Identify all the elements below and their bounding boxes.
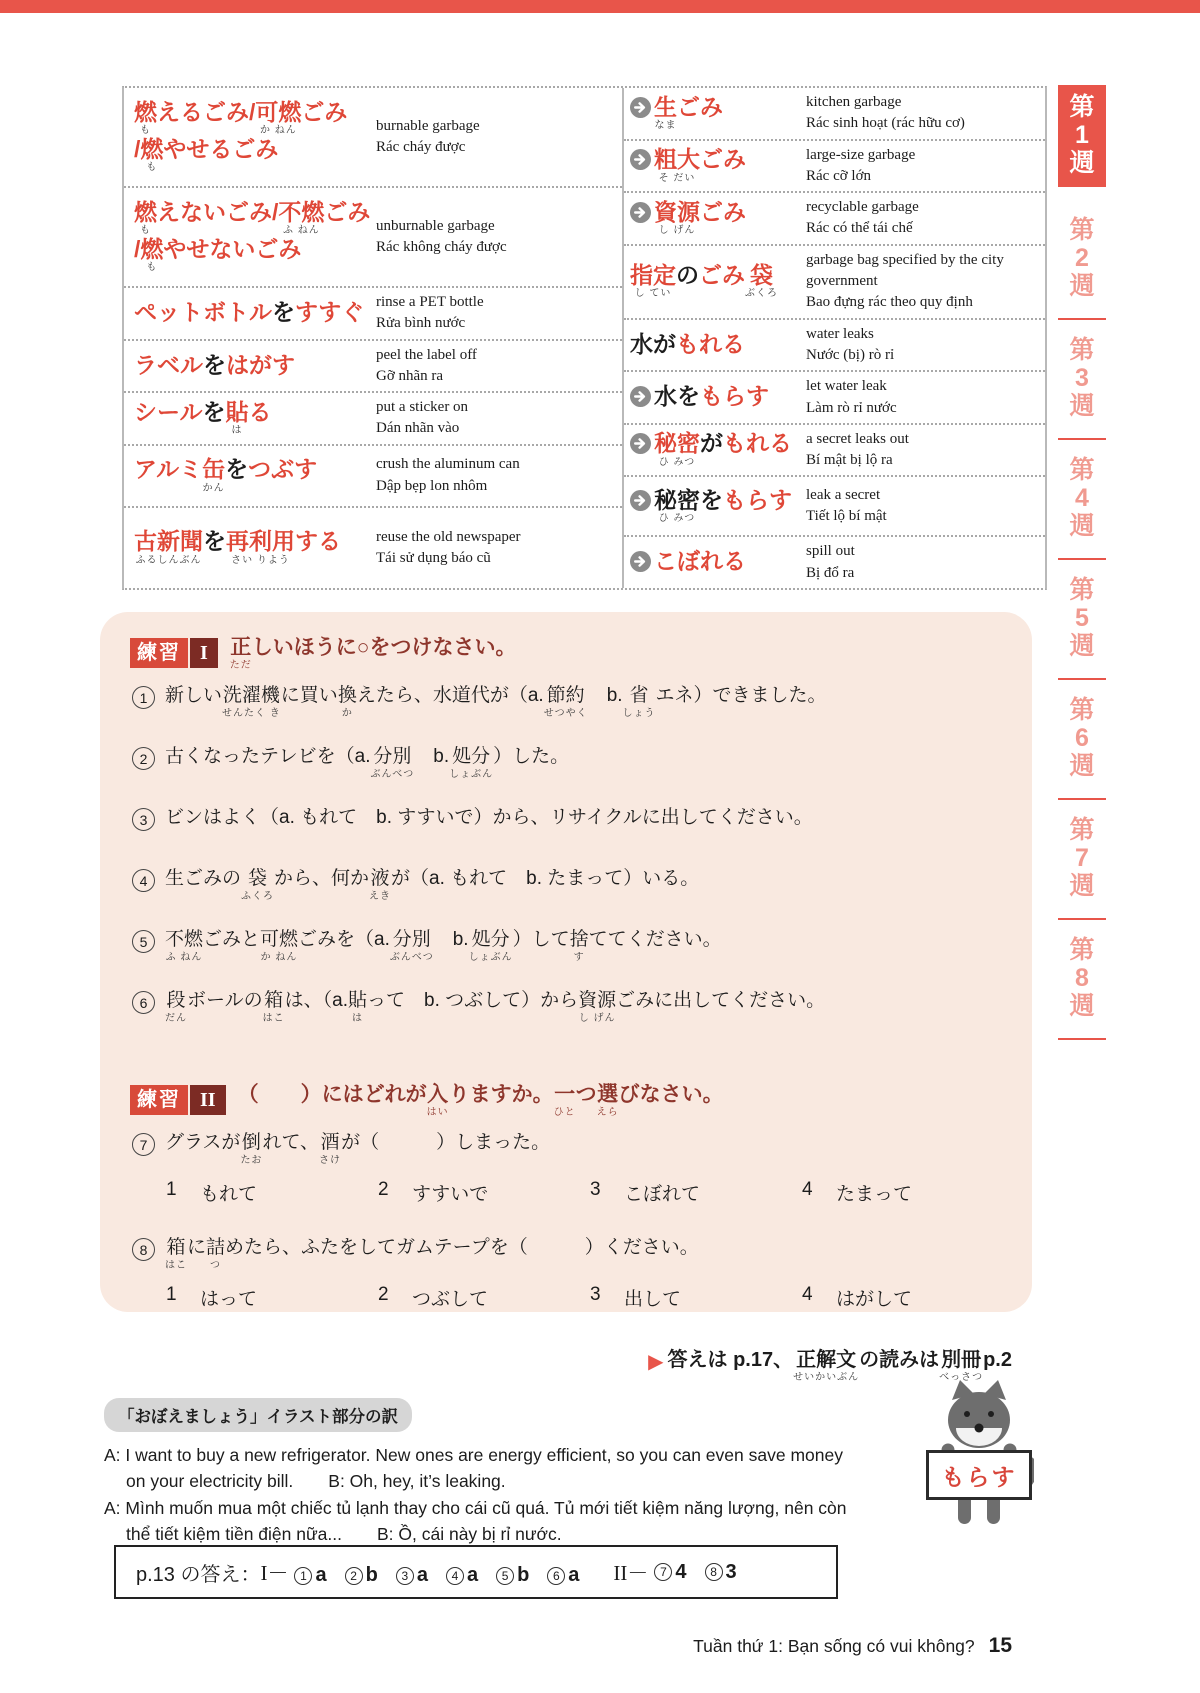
sidebar-tab-week-4[interactable]: 第4週	[1058, 457, 1106, 541]
vocab-term-cell: 秘密ひ みつをもらす	[624, 477, 806, 535]
furigana: せいかいぶん	[793, 1373, 859, 1383]
item-number: 7	[132, 1133, 155, 1156]
furigana: ひ みつ	[654, 458, 700, 468]
translation-line: A: I want to buy a new refrigerator. New…	[104, 1442, 894, 1468]
vocab-term-cell: 生なまごみ	[624, 88, 806, 139]
answer-pair: 4a	[446, 1564, 478, 1587]
furigana: か ねん	[260, 953, 298, 963]
text-segment: （ ）にはどれが	[238, 1083, 427, 1107]
vocab-term-text: もれる	[723, 430, 792, 456]
vocab-term-text: を	[225, 456, 248, 482]
vocab-term-cell: 水をもらす	[624, 372, 806, 423]
furigana: し げん	[578, 1014, 616, 1024]
vocab-def-vi: Dập bẹp lon nhôm	[376, 476, 618, 497]
practice1-instruction: 正ただしいほうに○をつけなさい。	[230, 636, 517, 671]
tab-char: 第	[1069, 937, 1094, 965]
vocab-term: アルミ缶かんをつぶす	[134, 456, 376, 493]
text-segment: 資源し げん	[578, 989, 616, 1024]
furigana: はこ	[165, 1261, 187, 1271]
furigana: さけ	[319, 1156, 341, 1166]
text-segment: えたら、水道代が（a.	[357, 684, 544, 708]
tab-char: 7	[1075, 845, 1089, 873]
tab-char: 週	[1069, 873, 1094, 901]
option-4: 4たまって	[802, 1179, 912, 1206]
item-number: 3	[132, 808, 155, 831]
furigana: ひ みつ	[654, 514, 700, 524]
arrow-icon	[630, 202, 651, 227]
furigana: か	[338, 709, 357, 719]
exercise-text: 生ごみの袋ふくろから、何か液えきが（a. もれて b. たまって）いる。	[165, 867, 699, 902]
vocab-row: 資源し げんごみrecyclable garbageRác có thể tái…	[624, 193, 1045, 246]
tab-char: 第	[1069, 817, 1094, 845]
furigana: つ	[206, 1261, 225, 1271]
arrow-icon	[630, 490, 651, 515]
option-text: こぼれて	[624, 1179, 700, 1206]
text-segment: びなさい。	[619, 1083, 724, 1107]
translation-badge: 「おぼえましょう」イラスト部分の訳	[104, 1398, 412, 1432]
answers-group-1: I－1a2b3a4a5b6a	[260, 1557, 579, 1588]
vocab-def-cell: rinse a PET bottleRửa bình nước	[376, 288, 622, 339]
vocab-def-en: water leaks	[806, 324, 1041, 345]
tab-divider	[1058, 1038, 1106, 1040]
exercise-text: グラスが倒たおれて、酒さけが（ ）しまった。	[165, 1131, 550, 1166]
exercise-text: 箱はこに詰つめたら、ふたをしてガムテープを（ ）ください。	[165, 1236, 699, 1271]
translation-line: on your electricity bill. B: Oh, hey, it…	[104, 1468, 894, 1494]
vocab-term-text: 粗大そ だい	[654, 146, 700, 183]
text-segment: つ	[576, 1083, 597, 1107]
vocab-def-cell: water leaksNước (bị) rò rỉ	[806, 320, 1045, 371]
furigana: しょぶん	[469, 953, 513, 963]
vocab-term-cell: ペットボトルをすすぐ	[124, 288, 376, 339]
text-segment: 新しい	[165, 684, 222, 708]
answer-item-number: 4	[446, 1567, 464, 1585]
option-number: 2	[378, 1284, 412, 1311]
tab-char: 8	[1075, 965, 1089, 993]
vocab-def-en: kitchen garbage	[806, 92, 1041, 113]
vocab-term-text: もれる	[676, 331, 745, 357]
answer-item-number: 7	[654, 1563, 672, 1581]
vocab-def-cell: recyclable garbageRác có thể tái chế	[806, 193, 1045, 244]
item-number: 5	[132, 930, 155, 953]
translation-section: 「おぼえましょう」イラスト部分の訳 A: I want to buy a new…	[104, 1398, 894, 1547]
arrow-icon	[630, 149, 651, 174]
vocab-def-cell: let water leakLàm rò rỉ nước	[806, 372, 1045, 423]
practice1-header: 練習 I 正ただしいほうに○をつけなさい。	[130, 638, 1002, 671]
vocab-def-cell: reuse the old newspaperTái sử dụng báo c…	[376, 508, 622, 588]
vocab-term-text: 燃も	[134, 99, 157, 136]
options-row: 1はって2つぶして3出して4はがして	[166, 1284, 1002, 1328]
furigana: は	[226, 426, 249, 436]
furigana: せつやく	[544, 709, 588, 719]
vocab-row: 古新聞ふるしんぶんを再利用さい りようするreuse the old newsp…	[124, 508, 622, 588]
option-3: 3こぼれて	[590, 1179, 802, 1206]
furigana: し てい	[630, 289, 676, 299]
vocab-row: 秘密ひ みつをもらすleak a secretTiết lộ bí mật	[624, 477, 1045, 537]
vocab-term-text: 燃も	[140, 136, 163, 173]
vocab-term-text: が	[700, 430, 723, 456]
vocab-term-text: やせるごみ	[163, 136, 278, 162]
tab-char: 6	[1075, 725, 1089, 753]
tab-char: 週	[1069, 513, 1094, 541]
vocab-term-text: を	[203, 399, 226, 425]
vocab-term-cell: 古新聞ふるしんぶんを再利用さい りようする	[124, 508, 376, 588]
option-text: すすいで	[412, 1179, 488, 1206]
vocab-term-text: やせないごみ	[163, 236, 301, 262]
answer-pair: 74	[654, 1561, 686, 1584]
item-number: 8	[132, 1238, 155, 1261]
furigana: も	[140, 263, 163, 273]
vocab-term-text: ごみ	[677, 94, 723, 120]
furigana: なま	[654, 121, 677, 131]
vocab-term-text: の	[676, 262, 699, 288]
vocab-def-vi: Rác cỡ lớn	[806, 166, 1041, 187]
vocab-term: ラベルをはがす	[134, 352, 376, 378]
vocab-term-text: を	[203, 528, 226, 554]
vocab-term-cell: アルミ缶かんをつぶす	[124, 446, 376, 506]
practice2-badge: 練習	[130, 1085, 188, 1115]
vocab-term: 水がもれる	[630, 331, 806, 357]
text-segment: 答えは p.17、	[668, 1349, 794, 1372]
mascot-sign: もらす	[926, 1450, 1032, 1500]
vocab-term: こぼれる	[630, 548, 806, 576]
vocab-term-cell: 指定し ていのごみ袋ぶくろ	[624, 246, 806, 318]
answer-value: 4	[675, 1561, 686, 1584]
sidebar-tab-week-5[interactable]: 第5週	[1058, 577, 1106, 661]
vocab-term-text: する	[295, 528, 341, 554]
vocab-row: 水をもらすlet water leakLàm rò rỉ nước	[624, 372, 1045, 425]
vocab-def-vi: Rửa bình nước	[376, 313, 618, 334]
vocab-def-en: recyclable garbage	[806, 197, 1041, 218]
vocab-term-text: 生なま	[654, 94, 677, 131]
vocab-term-text: ペットボトル	[134, 299, 272, 325]
vocab-def-vi: Rác không cháy được	[376, 237, 618, 258]
top-accent-bar	[0, 0, 1200, 13]
sidebar-tab-week-8[interactable]: 第8週	[1058, 937, 1106, 1021]
vocab-def-en: burnable garbage	[376, 116, 618, 137]
practice1-numeral-badge: I	[190, 638, 218, 668]
text-segment: 古くなったテレビを（a.	[165, 745, 370, 769]
vocab-term-text: 秘密ひ みつ	[654, 487, 700, 524]
vocab-def-cell: kitchen garbageRác sinh hoạt (rác hữu cơ…	[806, 88, 1045, 139]
furigana: す	[570, 953, 589, 963]
vocab-term-text: はがす	[226, 352, 295, 378]
vocab-def-vi: Nước (bị) rò rỉ	[806, 345, 1041, 366]
text-segment: ）した。	[493, 745, 569, 769]
vocab-term-text: もらす	[700, 383, 769, 409]
furigana: ふ ねん	[278, 226, 324, 236]
translation-line: thể tiết kiệm tiền điện nữa... B: Ồ, cái…	[104, 1521, 894, 1547]
arrow-icon	[630, 97, 651, 122]
tab-char: 2	[1075, 245, 1089, 273]
exercise-item: 2古くなったテレビを（a. 分別ぶんべつ b. 処分しょぶん）した。	[130, 745, 1002, 793]
tab-divider	[1058, 798, 1106, 800]
option-number: 3	[590, 1284, 624, 1311]
text-segment: ）して	[513, 928, 570, 952]
exercise-item: 7グラスが倒たおれて、酒さけが（ ）しまった。	[130, 1131, 1002, 1179]
tab-divider	[1058, 918, 1106, 920]
vocab-def-vi: Bí mật bị lộ ra	[806, 450, 1041, 471]
vocab-def-vi: Tiết lộ bí mật	[806, 506, 1041, 527]
vocab-row: アルミ缶かんをつぶすcrush the aluminum canDập bẹp …	[124, 446, 622, 508]
text-segment: 正解文せいかいぶん	[793, 1349, 859, 1383]
furigana: かん	[202, 484, 225, 494]
dog-mascot: もらす	[922, 1376, 1034, 1528]
vocab-row: 秘密ひ みつがもれるa secret leaks outBí mật bị lộ…	[624, 425, 1045, 478]
practice1-items: 1新しい洗濯機せんたく きに買い換かえたら、水道代が（a. 節約せつやく b. …	[130, 684, 1002, 1037]
text-segment: 捨す	[570, 928, 589, 963]
vocab-def-cell: a secret leaks outBí mật bị lộ ra	[806, 425, 1045, 476]
vocab-row: 指定し ていのごみ袋ぶくろgarbage bag specified by th…	[624, 246, 1045, 320]
exercise-text: 不燃ふ ねんごみと可燃か ねんごみを（a. 分別ぶんべつ b. 処分しょぶん）し…	[165, 928, 722, 963]
text-segment: しいほうに○をつけなさい。	[252, 636, 517, 660]
vocab-def-vi: Rác có thể tái chế	[806, 218, 1041, 239]
answers-box: p.13 の答え：I－1a2b3a4a5b6aII－7483	[114, 1545, 838, 1599]
exercise-text: 新しい洗濯機せんたく きに買い換かえたら、水道代が（a. 節約せつやく b. 省…	[165, 684, 827, 719]
option-number: 2	[378, 1179, 412, 1206]
vocab-term-text: 水が	[630, 331, 676, 357]
vocab-row: 燃もえるごみ/可燃か ねんごみ/燃もやせるごみburnable garbageR…	[124, 88, 622, 188]
arrow-icon	[630, 433, 651, 458]
practice2-instruction: （ ）にはどれが入はいりますか。一ひとつ選えらびなさい。	[238, 1083, 724, 1118]
vocab-column-right: 生なまごみkitchen garbageRác sinh hoạt (rác h…	[622, 88, 1045, 588]
vocab-row: 生なまごみkitchen garbageRác sinh hoạt (rác h…	[624, 88, 1045, 141]
text-segment: b.	[434, 928, 469, 952]
vocab-term: 水をもらす	[630, 383, 806, 411]
vocab-term-cell: 燃もえるごみ/可燃か ねんごみ/燃もやせるごみ	[124, 88, 376, 186]
vocab-def-en: rinse a PET bottle	[376, 292, 618, 313]
answer-value: b	[366, 1564, 378, 1587]
vocab-column-left: 燃もえるごみ/可燃か ねんごみ/燃もやせるごみburnable garbageR…	[124, 88, 622, 588]
sidebar-tab-week-1[interactable]: 第1週	[1058, 85, 1106, 187]
text-segment: めたら、ふたをしてガムテープを（ ）ください。	[225, 1236, 699, 1260]
tab-char: 週	[1069, 633, 1094, 661]
text-segment: ビンはよく（a. もれて b. すすいで）から、リサイクルに出してください。	[165, 806, 813, 830]
exercise-item: 3ビンはよく（a. もれて b. すすいで）から、リサイクルに出してください。	[130, 806, 1002, 854]
option-text: はがして	[836, 1284, 912, 1311]
option-1: 1もれて	[166, 1179, 378, 1206]
answer-item-number: 3	[396, 1567, 414, 1585]
mascot-sign-text: もらす	[942, 1459, 1017, 1492]
text-segment: 換か	[338, 684, 357, 719]
vocab-term: ペットボトルをすすぐ	[134, 299, 376, 325]
text-segment: 袋ふくろ	[241, 867, 274, 902]
exercise-item: 6段だんボールの箱はこは、（a. 貼はって b. つぶして）から資源し げんごみ…	[130, 989, 1002, 1037]
vocab-term: 粗大そ だいごみ	[630, 146, 806, 183]
tab-char: 4	[1075, 485, 1089, 513]
arrow-icon	[630, 386, 651, 411]
vocab-term-text: 資源し げん	[654, 199, 700, 236]
furigana: ぶんべつ	[390, 953, 434, 963]
vocab-term-text: 燃も	[134, 199, 157, 236]
tab-char: 第	[1069, 457, 1094, 485]
vocab-def-en: large-size garbage	[806, 145, 1041, 166]
vocab-def-cell: spill outBị đổ ra	[806, 537, 1045, 588]
vocab-def-en: a secret leaks out	[806, 429, 1041, 450]
text-segment: 詰つ	[206, 1236, 225, 1271]
tab-char: 第	[1069, 697, 1094, 725]
vocab-def-vi: Làm rò rỉ nước	[806, 398, 1041, 419]
practice2-items: 7グラスが倒たおれて、酒さけが（ ）しまった。1もれて2すすいで3こぼれて4たま…	[130, 1131, 1002, 1328]
vocab-term: 資源し げんごみ	[630, 199, 806, 236]
text-segment: 処分しょぶん	[469, 928, 513, 963]
vocab-def-cell: unburnable garbageRác không cháy được	[376, 188, 622, 286]
tab-char: 1	[1075, 122, 1089, 150]
text-segment: が（ ）しまった。	[341, 1131, 550, 1155]
furigana: えら	[597, 1108, 619, 1118]
page-number: 15	[989, 1634, 1012, 1658]
vocab-term-text: えないごみ/	[157, 199, 278, 225]
text-segment: ごみに出してください。	[616, 989, 825, 1013]
vocab-term-text: ごみ	[301, 99, 347, 125]
vocab-row: ラベルをはがすpeel the label offGỡ nhãn ra	[124, 341, 622, 394]
vocab-term-text: 再利用さい りよう	[226, 528, 295, 565]
vocab-term-text: 袋ぶくろ	[745, 262, 778, 299]
furigana: だん	[165, 1014, 187, 1024]
text-segment: 倒たお	[240, 1131, 262, 1166]
vocab-def-vi: Rác cháy được	[376, 137, 618, 158]
tab-char: 第	[1069, 577, 1094, 605]
text-segment: ボールの	[187, 989, 263, 1013]
vocab-term-cell: 粗大そ だいごみ	[624, 141, 806, 192]
text-segment: ごみと	[203, 928, 260, 952]
tab-char: 第	[1069, 217, 1094, 245]
vocab-def-cell: burnable garbageRác cháy được	[376, 88, 622, 186]
answer-item-number: 5	[496, 1567, 514, 1585]
exercise-text: 段だんボールの箱はこは、（a. 貼はって b. つぶして）から資源し げんごみに…	[165, 989, 825, 1024]
vocab-row: 粗大そ だいごみlarge-size garbageRác cỡ lớn	[624, 141, 1045, 194]
text-segment: は、（a.	[285, 989, 348, 1013]
furigana: そ だい	[654, 174, 700, 184]
vocab-term: 指定し ていのごみ袋ぶくろ	[630, 262, 806, 299]
furigana: ぶくろ	[745, 289, 778, 299]
vocab-term: 生なまごみ	[630, 94, 806, 131]
vocab-term: 燃もえるごみ/可燃か ねんごみ/燃もやせるごみ	[134, 99, 376, 174]
vocab-table: 燃もえるごみ/可燃か ねんごみ/燃もやせるごみburnable garbageR…	[122, 86, 1047, 590]
vocab-def-vi: Bị đổ ra	[806, 563, 1041, 584]
sidebar-tab-week-2[interactable]: 第2週	[1058, 217, 1106, 301]
sidebar-tab-week-6[interactable]: 第6週	[1058, 697, 1106, 781]
text-segment: 選えら	[597, 1083, 619, 1118]
answer-pair: 3a	[396, 1564, 428, 1587]
translation-lines: A: I want to buy a new refrigerator. New…	[104, 1442, 894, 1547]
sidebar-tab-week-7[interactable]: 第7週	[1058, 817, 1106, 901]
text-segment: 分別ぶんべつ	[370, 745, 414, 780]
vocab-def-cell: garbage bag specified by the city govern…	[806, 246, 1045, 318]
furigana: も	[134, 226, 157, 236]
vocab-term-cell: 燃もえないごみ/不燃ふ ねんごみ/燃もやせないごみ	[124, 188, 376, 286]
vocab-term-text: 可燃か ねん	[255, 99, 301, 136]
text-segment: ててください。	[589, 928, 722, 952]
answer-pair: 6a	[547, 1564, 579, 1587]
text-segment: が（a. もれて b. たまって）いる。	[391, 867, 699, 891]
exercise-item: 4生ごみの袋ふくろから、何か液えきが（a. もれて b. たまって）いる。	[130, 867, 1002, 915]
exercise-item: 1新しい洗濯機せんたく きに買い換かえたら、水道代が（a. 節約せつやく b. …	[130, 684, 1002, 732]
furigana: も	[134, 126, 157, 136]
text-segment: b.	[588, 684, 623, 708]
text-segment: から、何か	[274, 867, 369, 891]
text-segment: 貼は	[348, 989, 367, 1024]
furigana: ふくろ	[241, 892, 274, 902]
answers-group-numeral: II－	[613, 1557, 648, 1587]
vocab-term-text: アルミ	[134, 456, 202, 482]
text-segment: 箱はこ	[263, 989, 285, 1024]
tab-char: 週	[1069, 393, 1094, 421]
option-number: 4	[802, 1284, 836, 1311]
vocab-def-en: garbage bag specified by the city govern…	[806, 250, 1041, 293]
vocab-term-text: もらす	[723, 487, 792, 513]
furigana: しょう	[623, 709, 656, 719]
vocab-term-text: 秘密ひ みつ	[654, 430, 700, 467]
text-segment: れて、	[262, 1131, 319, 1155]
option-text: はって	[200, 1284, 257, 1311]
vocab-term-text: ごみ	[699, 262, 745, 288]
option-number: 1	[166, 1284, 200, 1311]
vocab-term-text: る	[249, 399, 272, 425]
vocab-term-text: ごみ	[324, 199, 370, 225]
vocab-term: 燃もえないごみ/不燃ふ ねんごみ/燃もやせないごみ	[134, 199, 376, 274]
text-segment: 省しょう	[623, 684, 656, 719]
tab-char: 週	[1069, 150, 1094, 178]
vocab-def-cell: leak a secretTiết lộ bí mật	[806, 477, 1045, 535]
option-text: 出して	[624, 1284, 681, 1311]
furigana: たお	[240, 1156, 262, 1166]
week-tabs-sidebar: 第1週第2週第3週第4週第5週第6週第7週第8週	[1058, 85, 1106, 1057]
answer-value: a	[568, 1564, 579, 1587]
furigana: ふ ねん	[165, 953, 203, 963]
vocab-term-text: 古新聞ふるしんぶん	[134, 528, 203, 565]
options-row: 1もれて2すすいで3こぼれて4たまって	[166, 1179, 1002, 1223]
furigana: しょぶん	[449, 770, 493, 780]
vocab-term-text: 水を	[654, 383, 700, 409]
answers-group-numeral: I－	[260, 1561, 288, 1585]
vocab-term-text: を	[203, 352, 226, 378]
text-segment: エネ）できました。	[656, 684, 827, 708]
answer-pair: 1a	[294, 1564, 326, 1587]
text-segment: 不燃ふ ねん	[165, 928, 203, 963]
vocab-row: シールを貼はるput a sticker onDán nhãn vào	[124, 393, 622, 446]
vocab-def-en: leak a secret	[806, 485, 1041, 506]
option-text: つぶして	[412, 1284, 488, 1311]
vocab-term-cell: シールを貼はる	[124, 393, 376, 444]
tab-char: 第	[1069, 94, 1094, 122]
item-number: 4	[132, 869, 155, 892]
furigana: はこ	[263, 1014, 285, 1024]
vocab-def-vi: Dán nhãn vào	[376, 418, 618, 439]
vocab-term: 秘密ひ みつをもらす	[630, 487, 806, 524]
vocab-term-text: 缶かん	[202, 456, 225, 493]
text-segment: 液えき	[369, 867, 391, 902]
sidebar-tab-week-3[interactable]: 第3週	[1058, 337, 1106, 421]
furigana: ひと	[554, 1108, 576, 1118]
item-number: 6	[132, 991, 155, 1014]
vocab-row: こぼれるspill outBị đổ ra	[624, 537, 1045, 588]
vocab-def-cell: put a sticker onDán nhãn vào	[376, 393, 622, 444]
answer-item-number: 6	[547, 1567, 565, 1585]
text-segment: 正ただ	[230, 636, 252, 671]
vocab-term-text: えるごみ/	[157, 99, 255, 125]
tab-char: 第	[1069, 337, 1094, 365]
option-2: 2つぶして	[378, 1284, 590, 1311]
vocab-term-text: シール	[134, 399, 203, 425]
text-segment: って b. つぶして）から	[367, 989, 578, 1013]
text-segment: 洗濯機せんたく き	[222, 684, 281, 719]
item-number: 2	[132, 747, 155, 770]
option-2: 2すすいで	[378, 1179, 590, 1206]
vocab-term: 秘密ひ みつがもれる	[630, 430, 806, 467]
text-segment: 入はい	[427, 1083, 449, 1118]
text-segment: に	[187, 1236, 206, 1260]
tab-char: 5	[1075, 605, 1089, 633]
